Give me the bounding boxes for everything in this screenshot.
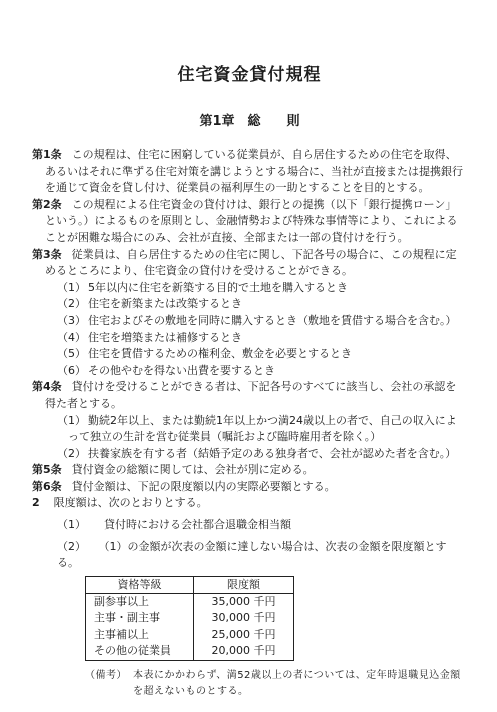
article-5-text: 貸付資金の総額に関しては、会社が別に定める。 — [72, 463, 314, 476]
article-1: 第1条この規程は、住宅に困窮している従業員が、自ら居住するための住宅を取得、ある… — [45, 147, 467, 197]
clause-2-item-1-label: （1） — [57, 518, 86, 531]
article-6: 第6条貸付金額は、下記の限度額以内の実際必要額とする。 — [45, 479, 467, 496]
clause-2-item-2: （2）（1）の金額が次表の金額に達しない場合は、次表の金額を限度額とする。 — [57, 539, 467, 572]
remark-note: （備考） 本表にかかわらず、満52歳以上の者については、定年時退職見込金額を超え… — [85, 668, 467, 701]
clause-2-item-2-label: （2） — [57, 540, 86, 553]
table-header-row: 資格等級 限度額 — [86, 576, 294, 593]
clause-2-number: 2 — [32, 496, 40, 509]
table-header-limit: 限度額 — [194, 576, 294, 593]
clause-2-item-1: （1）貸付時における会社都合退職金相当額 — [57, 517, 467, 534]
table-row: 主事・副主事 30,000 千円 — [86, 610, 294, 627]
article-5: 第5条貸付資金の総額に関しては、会社が別に定める。 — [45, 462, 467, 479]
table-row: 主事補以上 25,000 千円 — [86, 627, 294, 644]
article-3-item-1: （1）5年以内に住宅を新築する目的で土地を購入するとき — [68, 280, 467, 297]
table-cell-amount: 25,000 千円 — [194, 627, 294, 644]
article-3-text: 従業員は、自ら居住するための住宅に関し、下記各号の場合に、この規程に定めるところ… — [45, 248, 457, 278]
article-3-item-3-label: （3） — [57, 314, 86, 327]
article-3-item-6: （6）その他やむを得ない出費を要するとき — [68, 363, 467, 380]
article-3-item-2: （2）住宅を新築または改築するとき — [68, 296, 467, 313]
article-3-item-5-text: 住宅を賃借するための権利金、敷金を必要とするとき — [88, 347, 352, 360]
document-body: 第1条この規程は、住宅に困窮している従業員が、自ら居住するための住宅を取得、ある… — [32, 147, 467, 701]
article-6-text: 貸付金額は、下記の限度額以内の実際必要額とする。 — [72, 480, 336, 493]
article-3-item-4-text: 住宅を増築または補修するとき — [88, 331, 242, 344]
clause-2-item-2-text: （1）の金額が次表の金額に達しない場合は、次表の金額を限度額とする。 — [57, 540, 447, 570]
table-cell-amount: 35,000 千円 — [194, 593, 294, 610]
article-3-item-5-label: （5） — [57, 347, 86, 360]
article-3-item-4-label: （4） — [57, 331, 86, 344]
article-3-item-5: （5）住宅を賃借するための権利金、敷金を必要とするとき — [68, 346, 467, 363]
document-title: 住宅資金貸付規程 — [32, 64, 467, 86]
article-3-item-1-label: （1） — [57, 281, 86, 294]
table-cell-amount: 30,000 千円 — [194, 610, 294, 627]
article-1-number: 第1条 — [32, 148, 62, 161]
clause-2-text: 限度額は、次のとおりとする。 — [54, 496, 208, 509]
limit-amount-table: 資格等級 限度額 副参事以上 35,000 千円 主事・副主事 30,000 千… — [85, 576, 294, 661]
article-4: 第4条貸付けを受けることができる者は、下記各号のすべてに該当し、会社の承認を得た… — [45, 379, 467, 412]
article-4-number: 第4条 — [32, 380, 62, 393]
article-3-item-3-text: 住宅およびその敷地を同時に購入するとき（敷地を賃借する場合を含む。） — [88, 314, 457, 327]
table-cell-grade: その他の従業員 — [86, 643, 194, 660]
article-4-item-1-label: （1） — [57, 414, 86, 427]
article-4-item-1-text: 勤続2年以上、または勤続1年以上かつ満24歳以上の者で、自己の収入によって独立の… — [68, 414, 457, 444]
clause-2: 2限度額は、次のとおりとする。 — [32, 495, 467, 512]
article-3-item-1-text: 5年以内に住宅を新築する目的で土地を購入するとき — [88, 281, 348, 294]
article-2-text: この規程による住宅資金の貸付けは、銀行との提携（以下「銀行提携ローン」という。）… — [45, 198, 458, 244]
article-3-item-2-label: （2） — [57, 297, 86, 310]
clause-2-item-1-text: 貸付時における会社都合退職金相当額 — [104, 518, 291, 531]
article-3-number: 第3条 — [32, 248, 62, 261]
article-2-number: 第2条 — [32, 198, 62, 211]
article-2: 第2条この規程による住宅資金の貸付けは、銀行との提携（以下「銀行提携ローン」とい… — [45, 197, 467, 247]
article-3-item-6-text: その他やむを得ない出費を要するとき — [88, 364, 275, 377]
article-3-item-3: （3）住宅およびその敷地を同時に購入するとき（敷地を賃借する場合を含む。） — [68, 313, 467, 330]
table-row: その他の従業員 20,000 千円 — [86, 643, 294, 660]
article-3-item-2-text: 住宅を新築または改築するとき — [88, 297, 242, 310]
document-page: 住宅資金貸付規程 第1章 総 則 第1条この規程は、住宅に困窮している従業員が、… — [0, 0, 497, 712]
table-header-grade: 資格等級 — [86, 576, 194, 593]
chapter-heading: 第1章 総 則 — [32, 113, 467, 131]
article-4-item-1: （1）勤続2年以上、または勤続1年以上かつ満24歳以上の者で、自己の収入によって… — [68, 413, 467, 446]
article-3: 第3条従業員は、自ら居住するための住宅に関し、下記各号の場合に、この規程に定める… — [45, 247, 467, 280]
article-4-item-2-text: 扶養家族を有する者（結婚予定のある独身者で、会社が認めた者を含む。） — [88, 447, 456, 460]
article-3-item-4: （4）住宅を増築または補修するとき — [68, 330, 467, 347]
article-5-number: 第5条 — [32, 463, 62, 476]
remark-text: 本表にかかわらず、満52歳以上の者については、定年時退職見込金額を超えないものと… — [133, 668, 465, 701]
article-1-text: この規程は、住宅に困窮している従業員が、自ら居住するための住宅を取得、あるいはそ… — [45, 148, 463, 194]
article-4-text: 貸付けを受けることができる者は、下記各号のすべてに該当し、会社の承認を得た者とす… — [45, 380, 456, 410]
table-cell-grade: 副参事以上 — [86, 593, 194, 610]
table-row: 副参事以上 35,000 千円 — [86, 593, 294, 610]
article-4-item-2: （2）扶養家族を有する者（結婚予定のある独身者で、会社が認めた者を含む。） — [68, 446, 467, 463]
table-cell-grade: 主事補以上 — [86, 627, 194, 644]
article-6-number: 第6条 — [32, 480, 62, 493]
table-cell-grade: 主事・副主事 — [86, 610, 194, 627]
remark-label: （備考） — [85, 668, 133, 701]
article-3-item-6-label: （6） — [57, 364, 86, 377]
article-4-item-2-label: （2） — [57, 447, 86, 460]
table-cell-amount: 20,000 千円 — [194, 643, 294, 660]
